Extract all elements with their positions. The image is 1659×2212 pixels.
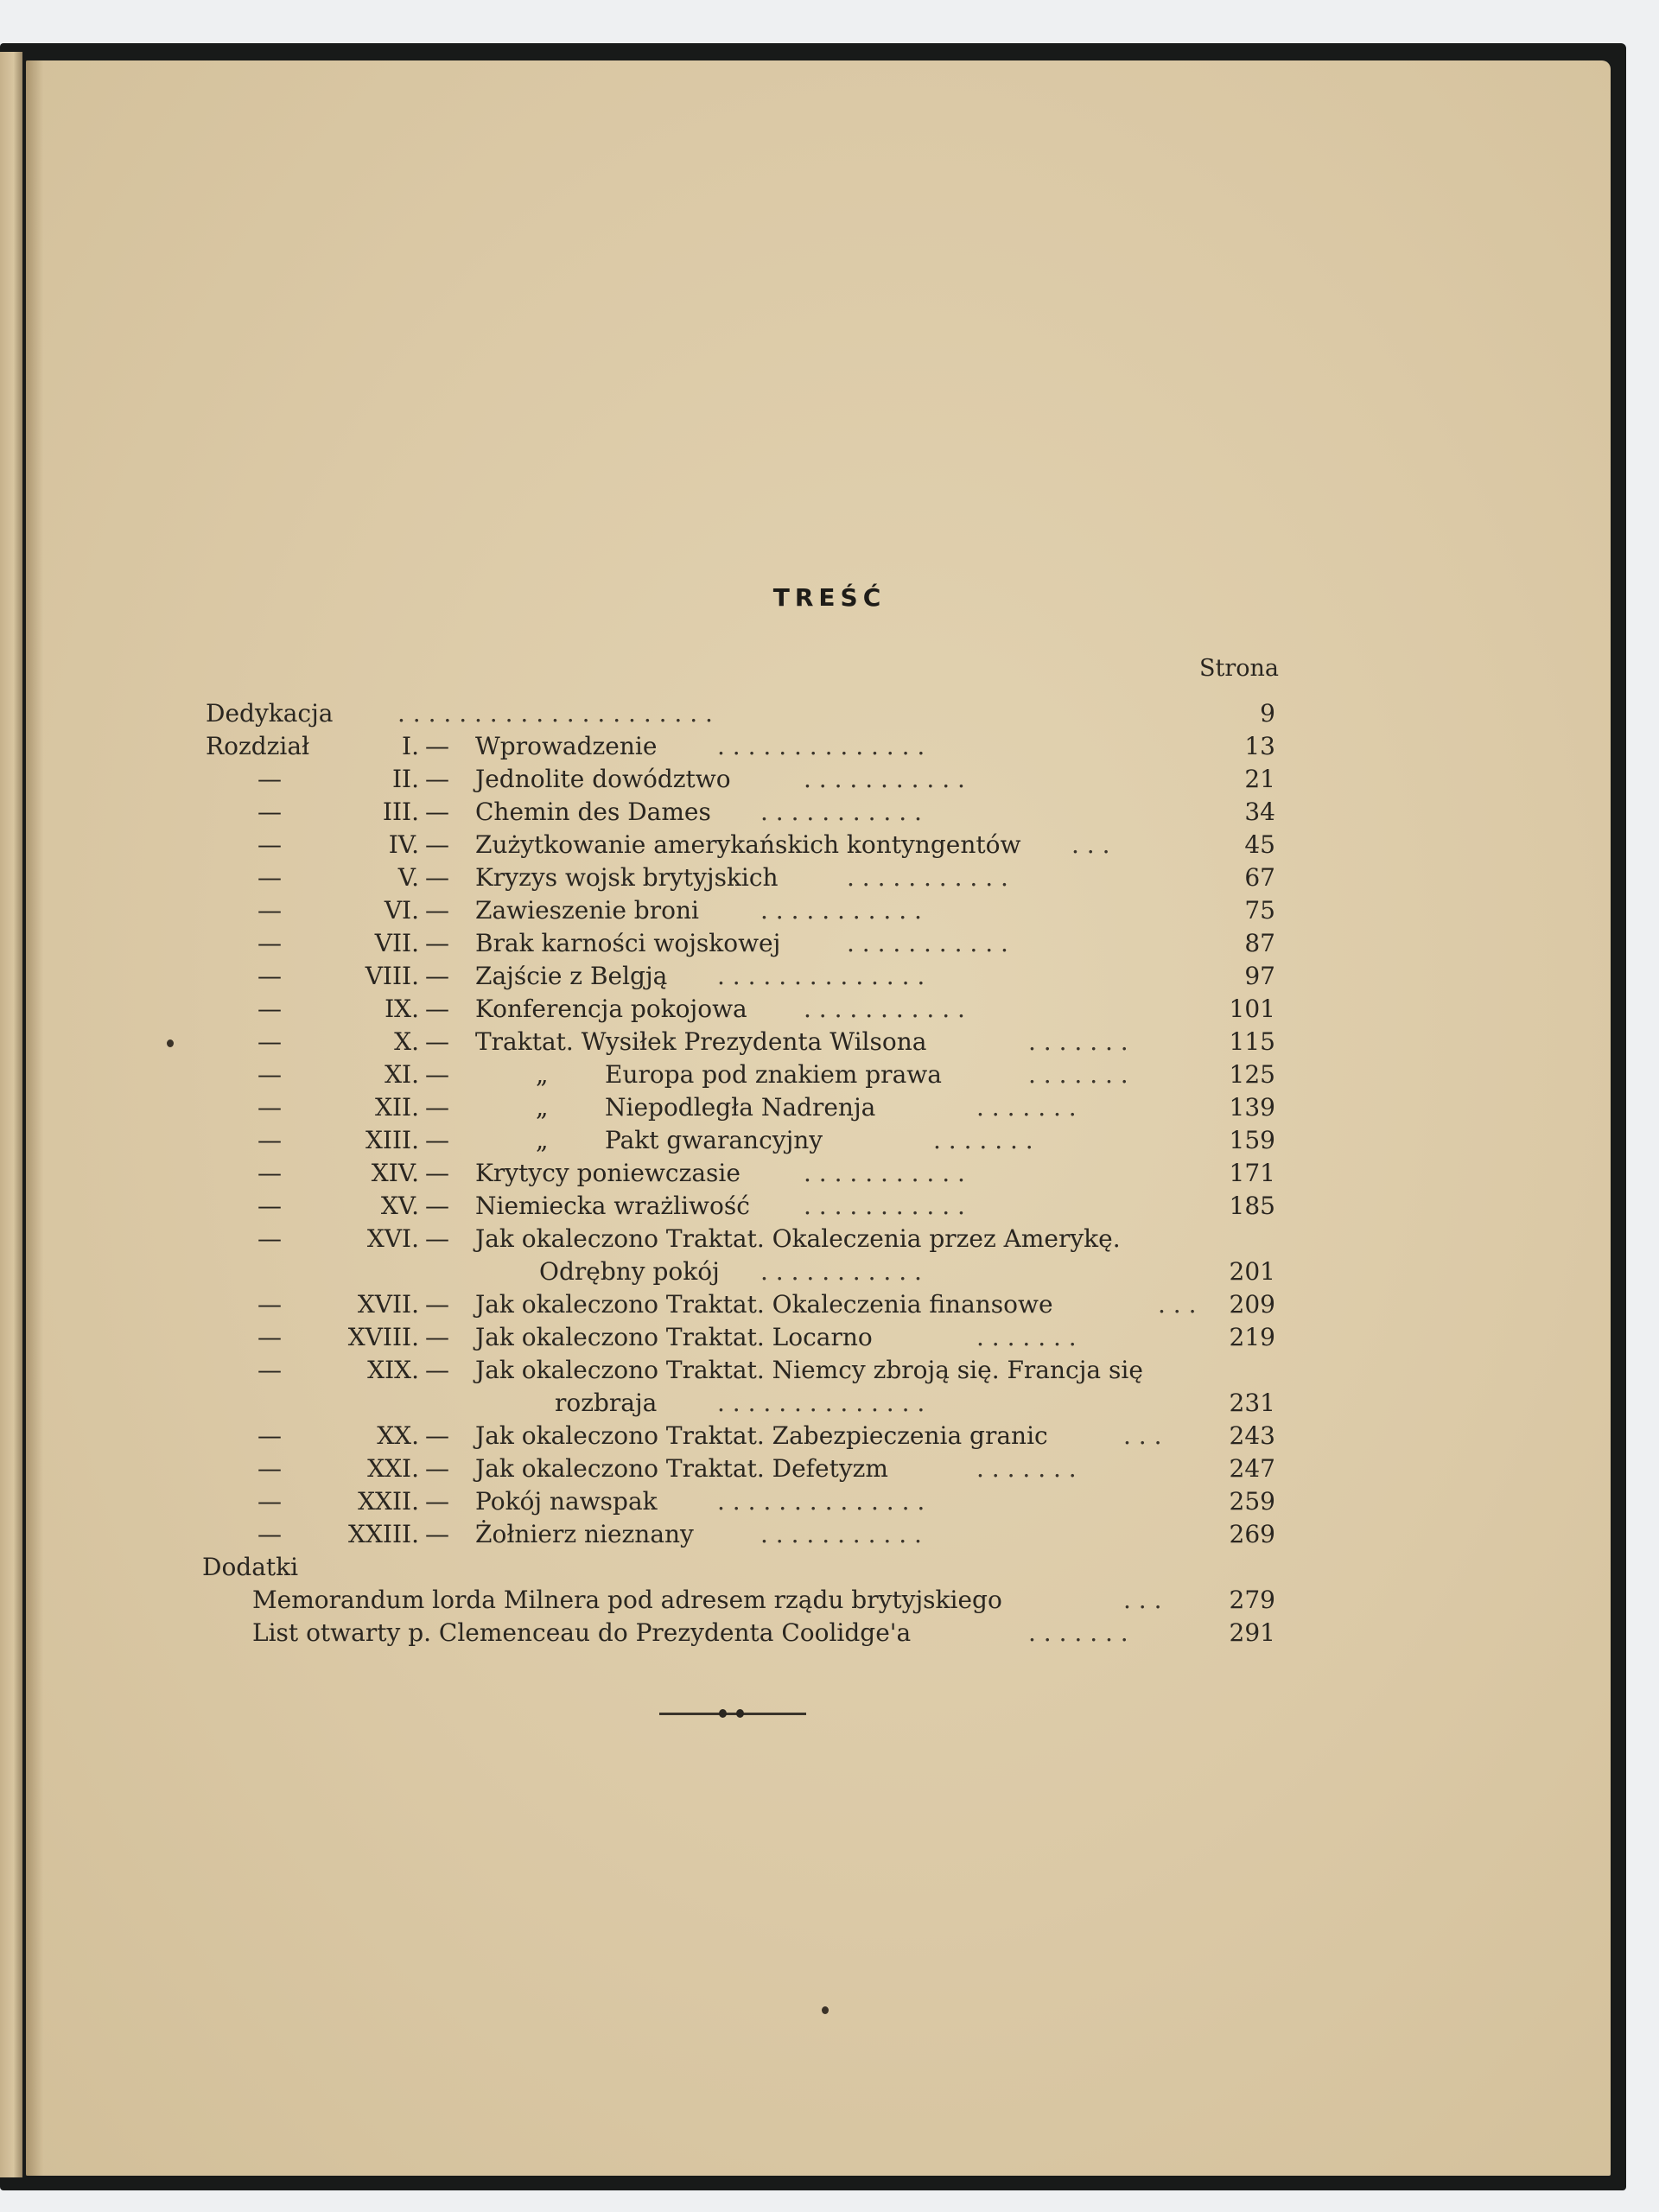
dot-leader: . . . . . . . . . . . — [760, 895, 922, 926]
toc-entry-appendix: Memorandum lorda Milnera pod adresem rzą… — [0, 1585, 1659, 1616]
chapter-numeral: XV. — [381, 1191, 419, 1222]
dot-leader: . . . . . . . . . . . — [760, 1519, 922, 1550]
toc-entry-chapter: — VIII. — Zajście z Belgją . . . . . . .… — [0, 961, 1659, 992]
toc-entry-chapter: Rozdział I. — Wprowadzenie . . . . . . .… — [0, 731, 1659, 762]
toc-entry-dedication: Dedykacja . . . . . . . . . . . . . . . … — [0, 698, 1659, 729]
separator-dash: — — [425, 895, 449, 926]
separator-dash: — — [425, 961, 449, 992]
dot-leader: . . . . . . . . . . . — [847, 862, 1008, 893]
ditto-dash: — — [252, 1027, 287, 1058]
chapter-title: Traktat. Wysiłek Prezydenta Wilsona — [475, 1027, 926, 1058]
chapter-title-continuation: rozbraja — [555, 1388, 657, 1419]
dot-leader: . . . . . . . — [976, 1453, 1077, 1484]
page-number: 34 — [1244, 797, 1275, 828]
separator-dash: — — [425, 1453, 449, 1484]
appendix-title: List otwarty p. Clemenceau do Prezydenta… — [252, 1618, 911, 1649]
dot-leader: . . . . . . . . . . . — [804, 1158, 965, 1189]
chapter-numeral: XII. — [375, 1092, 419, 1123]
ditto-dash: — — [252, 1289, 287, 1320]
page-number: 247 — [1230, 1453, 1275, 1484]
page-number: 13 — [1244, 731, 1275, 762]
chapter-title: Jak okaleczono Traktat. Zabezpieczenia g… — [475, 1421, 1048, 1452]
chapter-title: Wprowadzenie — [475, 731, 657, 762]
page-number: 231 — [1230, 1388, 1275, 1419]
chapter-title: Pakt gwarancyjny — [605, 1125, 823, 1156]
dot-leader: . . . . . . . . . . . . . . — [717, 1388, 925, 1419]
separator-dash: — — [425, 928, 449, 959]
chapter-numeral: XXI. — [367, 1453, 419, 1484]
toc-entry-chapter: — XIII. — „ Pakt gwarancyjny . . . . . .… — [0, 1125, 1659, 1156]
ditto-dash: — — [252, 1519, 287, 1550]
toc-entry-appendix: List otwarty p. Clemenceau do Prezydenta… — [0, 1618, 1659, 1649]
chapter-numeral: IX. — [385, 994, 419, 1025]
toc-entry-chapter: — XVII. — Jak okaleczono Traktat. Okalec… — [0, 1289, 1659, 1320]
chapter-numeral: VIII. — [365, 961, 419, 992]
separator-dash: — — [425, 764, 449, 795]
dot-leader: . . . . . . . . . . . — [760, 797, 922, 828]
dot-leader: . . . — [1123, 1585, 1162, 1616]
chapter-title: Jak okaleczono Traktat. Locarno — [475, 1322, 873, 1353]
separator-dash: — — [425, 862, 449, 893]
dot-leader: . . . — [1071, 829, 1110, 861]
page-number: 45 — [1244, 829, 1275, 861]
ditto-dash: — — [252, 764, 287, 795]
page-number: 67 — [1244, 862, 1275, 893]
page-number: 209 — [1230, 1289, 1275, 1320]
dot-leader: . . . . . . . . . . . — [847, 928, 1008, 959]
chapter-numeral: III. — [383, 797, 419, 828]
toc-entry-chapter: — XIV. — Krytycy poniewczasie . . . . . … — [0, 1158, 1659, 1189]
toc-entry-chapter: — X. — Traktat. Wysiłek Prezydenta Wilso… — [0, 1027, 1659, 1058]
page-column-header: Strona — [1199, 655, 1279, 682]
chapter-title: Jak okaleczono Traktat. Okaleczenia prze… — [475, 1224, 1121, 1255]
separator-dash: — — [425, 1355, 449, 1386]
chapter-title: Pokój nawspak — [475, 1486, 658, 1517]
page-number: 101 — [1230, 994, 1275, 1025]
ditto-dash: — — [252, 961, 287, 992]
toc-entry-chapter: — IV. — Zużytkowanie amerykańskich konty… — [0, 829, 1659, 861]
page-number: 97 — [1244, 961, 1275, 992]
chapter-title: Jak okaleczono Traktat. Okaleczenia fina… — [475, 1289, 1053, 1320]
separator-dash: — — [425, 1224, 449, 1255]
ditto-dash: — — [252, 1355, 287, 1386]
dot-leader: . . . . . . . . . . . . . . — [717, 961, 925, 992]
toc-entry-chapter: — XXIII. — Żołnierz nieznany . . . . . .… — [0, 1519, 1659, 1550]
chapter-title: Europa pod znakiem prawa — [605, 1059, 942, 1090]
dot-leader: . . . . . . . . . . . — [804, 994, 965, 1025]
chapter-numeral: VI. — [385, 895, 419, 926]
toc-entry-continuation: rozbraja . . . . . . . . . . . . . . 231 — [0, 1388, 1659, 1419]
ditto-dash: — — [252, 1158, 287, 1189]
page-number: 291 — [1230, 1618, 1275, 1649]
chapter-title: Zawieszenie broni — [475, 895, 699, 926]
dot-leader: . . . . . . . — [976, 1092, 1077, 1123]
appendix-title: Memorandum lorda Milnera pod adresem rzą… — [252, 1585, 1002, 1616]
ditto-dash: — — [252, 862, 287, 893]
chapter-title: Niemiecka wrażliwość — [475, 1191, 750, 1222]
ditto-dash: — — [252, 928, 287, 959]
chapter-title: Zajście z Belgją — [475, 961, 667, 992]
dot-leader: . . . — [1123, 1421, 1162, 1452]
toc-entry-chapter: — XXII. — Pokój nawspak . . . . . . . . … — [0, 1486, 1659, 1517]
ditto-dash: — — [252, 1224, 287, 1255]
chapter-title: Krytycy poniewczasie — [475, 1158, 741, 1189]
dot-leader: . . . . . . . — [1028, 1059, 1128, 1090]
toc-entry-continuation: Odrębny pokój . . . . . . . . . . . 201 — [0, 1256, 1659, 1287]
toc-entry-chapter: — XII. — „ Niepodległa Nadrenja . . . . … — [0, 1092, 1659, 1123]
page-title: TREŚĆ — [0, 583, 1659, 612]
ditto-mark: „ — [536, 1125, 549, 1156]
dot-leader: . . . — [1158, 1289, 1197, 1320]
chapter-numeral: X. — [394, 1027, 419, 1058]
chapter-numeral: XIII. — [365, 1125, 419, 1156]
chapter-numeral: XXIII. — [348, 1519, 419, 1550]
toc-entry-chapter: — XIX. — Jak okaleczono Traktat. Niemcy … — [0, 1355, 1659, 1386]
page-number: 269 — [1230, 1519, 1275, 1550]
ditto-dash: — — [252, 1322, 287, 1353]
ditto-dash: — — [252, 797, 287, 828]
separator-dash: — — [425, 731, 449, 762]
chapter-numeral: XIX. — [367, 1355, 419, 1386]
toc-entry-chapter: — V. — Kryzys wojsk brytyjskich . . . . … — [0, 862, 1659, 893]
chapter-numeral: XVII. — [358, 1289, 419, 1320]
page-number: 21 — [1244, 764, 1275, 795]
dot-leader: . . . . . . . . . . . . . . — [717, 731, 925, 762]
chapter-numeral: XVIII. — [348, 1322, 419, 1353]
chapter-numeral: I. — [402, 731, 419, 762]
dot-leader: . . . . . . . . . . . — [804, 1191, 965, 1222]
dot-leader: . . . . . . . — [933, 1125, 1033, 1156]
page-number: 259 — [1230, 1486, 1275, 1517]
page-number: 115 — [1230, 1027, 1275, 1058]
page-number: 159 — [1230, 1125, 1275, 1156]
separator-dash: — — [425, 1059, 449, 1090]
chapter-numeral: VII. — [375, 928, 419, 959]
toc-entry-chapter: — XI. — „ Europa pod znakiem prawa . . .… — [0, 1059, 1659, 1090]
ditto-dash: — — [252, 829, 287, 861]
dot-leader: . . . . . . . . . . . . . . . . . . . . … — [397, 698, 713, 729]
ornament-dot-icon — [736, 1709, 744, 1718]
ditto-dash: — — [252, 1092, 287, 1123]
separator-dash: — — [425, 829, 449, 861]
appendix-label: Dodatki — [202, 1552, 298, 1583]
toc-entry-chapter: — XXI. — Jak okaleczono Traktat. Defetyz… — [0, 1453, 1659, 1484]
separator-dash: — — [425, 1519, 449, 1550]
chapter-numeral: XI. — [385, 1059, 419, 1090]
table-of-contents: TREŚĆ Strona Dedykacja . . . . . . . . .… — [0, 0, 1659, 2212]
page-number: 219 — [1230, 1322, 1275, 1353]
chapter-title: Zużytkowanie amerykańskich kontyngentów — [475, 829, 1020, 861]
separator-dash: — — [425, 994, 449, 1025]
chapter-title: Niepodległa Nadrenja — [605, 1092, 875, 1123]
chapter-numeral: V. — [398, 862, 419, 893]
dot-leader: . . . . . . . — [976, 1322, 1077, 1353]
dot-leader: . . . . . . . . . . . — [804, 764, 965, 795]
chapter-numeral: XVI. — [367, 1224, 419, 1255]
separator-dash: — — [425, 1421, 449, 1452]
page-number: 125 — [1230, 1059, 1275, 1090]
ditto-dash: — — [252, 1421, 287, 1452]
chapter-title: Jak okaleczono Traktat. Niemcy zbroją si… — [475, 1355, 1143, 1386]
page-number: 139 — [1230, 1092, 1275, 1123]
separator-dash: — — [425, 797, 449, 828]
toc-entry-chapter: — III. — Chemin des Dames . . . . . . . … — [0, 797, 1659, 828]
ditto-dash: — — [252, 895, 287, 926]
separator-dash: — — [425, 1486, 449, 1517]
chapter-title-continuation: Odrębny pokój — [539, 1256, 720, 1287]
toc-entry-chapter: — VI. — Zawieszenie broni . . . . . . . … — [0, 895, 1659, 926]
ditto-dash: — — [252, 1191, 287, 1222]
ditto-dash: — — [252, 1486, 287, 1517]
toc-entry-chapter: — XVIII. — Jak okaleczono Traktat. Locar… — [0, 1322, 1659, 1353]
chapter-title: Jak okaleczono Traktat. Defetyzm — [475, 1453, 888, 1484]
separator-dash: — — [425, 1092, 449, 1123]
page-number: 243 — [1230, 1421, 1275, 1452]
toc-entry-chapter: — XX. — Jak okaleczono Traktat. Zabezpie… — [0, 1421, 1659, 1452]
chapter-numeral: II. — [392, 764, 419, 795]
toc-entry-chapter: — VII. — Brak karności wojskowej . . . .… — [0, 928, 1659, 959]
chapter-title: Chemin des Dames — [475, 797, 711, 828]
chapter-title: Jednolite dowództwo — [475, 764, 731, 795]
separator-dash: — — [425, 1158, 449, 1189]
page-number: 185 — [1230, 1191, 1275, 1222]
toc-section-appendices: Dodatki — [0, 1552, 1659, 1583]
toc-entry-chapter: — II. — Jednolite dowództwo . . . . . . … — [0, 764, 1659, 795]
chapter-title: Brak karności wojskowej — [475, 928, 780, 959]
page-number: 87 — [1244, 928, 1275, 959]
page-number: 201 — [1230, 1256, 1275, 1287]
ditto-dash: — — [252, 1453, 287, 1484]
toc-entry-chapter: — IX. — Konferencja pokojowa . . . . . .… — [0, 994, 1659, 1025]
dot-leader: . . . . . . . — [1028, 1618, 1128, 1649]
page-number: 9 — [1260, 698, 1275, 729]
separator-dash: — — [425, 1322, 449, 1353]
ditto-dash: — — [252, 1125, 287, 1156]
page-number: 75 — [1244, 895, 1275, 926]
dot-leader: . . . . . . . . . . . — [760, 1256, 922, 1287]
ditto-dash: — — [252, 1059, 287, 1090]
separator-dash: — — [425, 1191, 449, 1222]
ditto-mark: „ — [536, 1059, 549, 1090]
toc-entry-chapter: — XVI. — Jak okaleczono Traktat. Okalecz… — [0, 1224, 1659, 1255]
paper-speck — [822, 2006, 829, 2014]
page-number: 279 — [1230, 1585, 1275, 1616]
ditto-dash: — — [252, 994, 287, 1025]
chapter-numeral: XX. — [377, 1421, 419, 1452]
chapter-numeral: IV. — [389, 829, 419, 861]
chapter-numeral: XXII. — [358, 1486, 419, 1517]
ornamental-rule — [659, 1713, 806, 1715]
dot-leader: . . . . . . . . . . . . . . — [717, 1486, 925, 1517]
paper-speck — [167, 1039, 174, 1047]
separator-dash: — — [425, 1027, 449, 1058]
dot-leader: . . . . . . . — [1028, 1027, 1128, 1058]
entry-label: Dedykacja — [206, 698, 333, 729]
page-number: 171 — [1230, 1158, 1275, 1189]
chapter-title: Konferencja pokojowa — [475, 994, 747, 1025]
chapter-label: Rozdział — [206, 731, 309, 762]
chapter-numeral: XIV. — [372, 1158, 419, 1189]
chapter-title: Żołnierz nieznany — [475, 1519, 694, 1550]
ornament-dot-icon — [719, 1709, 727, 1718]
separator-dash: — — [425, 1125, 449, 1156]
chapter-title: Kryzys wojsk brytyjskich — [475, 862, 779, 893]
ditto-mark: „ — [536, 1092, 549, 1123]
separator-dash: — — [425, 1289, 449, 1320]
toc-entry-chapter: — XV. — Niemiecka wrażliwość . . . . . .… — [0, 1191, 1659, 1222]
